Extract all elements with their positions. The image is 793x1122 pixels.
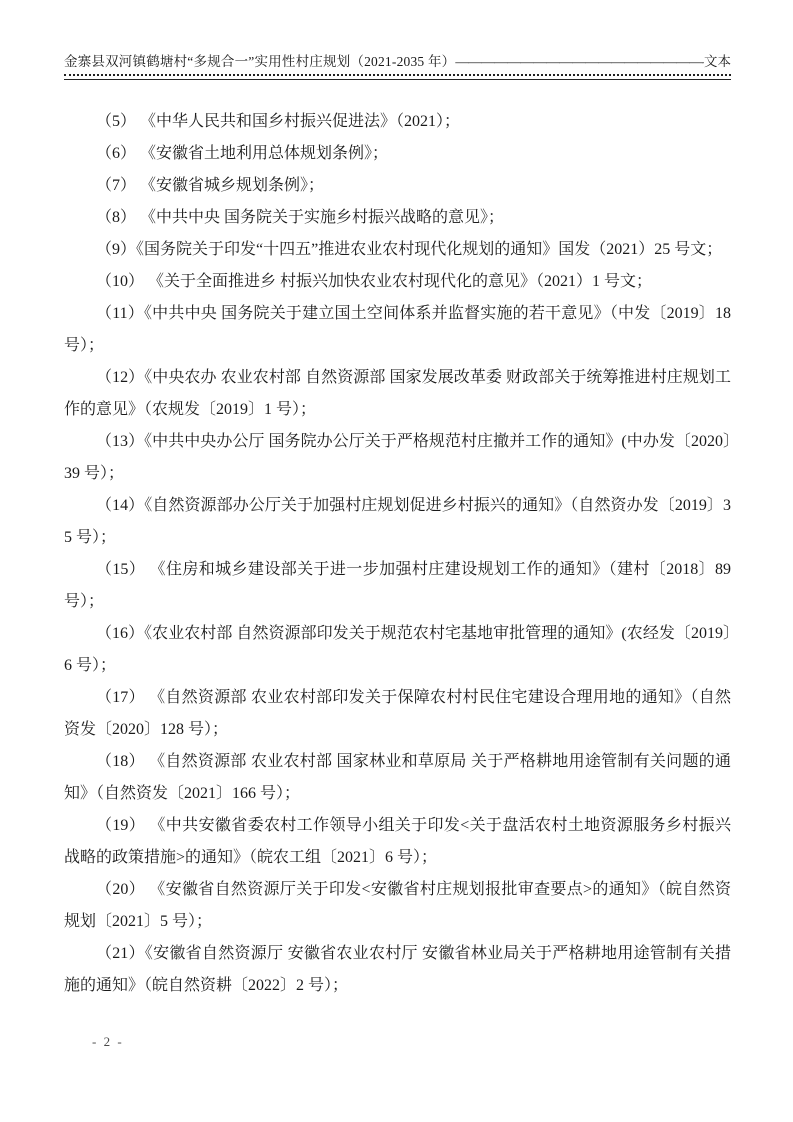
regulation-item: （10） 《关于全面推进乡 村振兴加快农业农村现代化的意见》（2021）1 号文…: [64, 266, 731, 298]
regulation-item: （11）《中共中央 国务院关于建立国土空间体系并监督实施的若干意见》（中发〔20…: [64, 298, 731, 362]
regulation-list: （5） 《中华人民共和国乡村振兴促进法》（2021）；（6） 《安徽省土地利用总…: [64, 106, 731, 1002]
regulation-item: （14）《自然资源部办公厅关于加强村庄规划促进乡村振兴的通知》（自然资办发〔20…: [64, 490, 731, 554]
page-number: - 2 -: [92, 1034, 124, 1049]
page-footer: - 2 -: [92, 1034, 124, 1050]
regulation-item: （12）《中央农办 农业农村部 自然资源部 国家发展改革委 财政部关于统筹推进村…: [64, 362, 731, 426]
regulation-item: （5） 《中华人民共和国乡村振兴促进法》（2021）；: [64, 106, 731, 138]
regulation-item: （19） 《中共安徽省委农村工作领导小组关于印发<关于盘活农村土地资源服务乡村振…: [64, 810, 731, 874]
page-header: 金寨县双河镇鹤塘村“多规合一”实用性村庄规划（2021-2035 年） ————…: [64, 53, 731, 80]
regulation-item: （6） 《安徽省土地利用总体规划条例》；: [64, 138, 731, 170]
regulation-item: （8） 《中共中央 国务院关于实施乡村振兴战略的意见》；: [64, 202, 731, 234]
regulation-item: （13）《中共中央办公厅 国务院办公厅关于严格规范村庄撤并工作的通知》(中办发〔…: [64, 426, 731, 490]
document-page: 金寨县双河镇鹤塘村“多规合一”实用性村庄规划（2021-2035 年） ————…: [0, 0, 793, 1122]
regulation-item: （16）《农业农村部 自然资源部印发关于规范农村宅基地审批管理的通知》(农经发〔…: [64, 618, 731, 682]
regulation-item: （17） 《自然资源部 农业农村部印发关于保障农村村民住宅建设合理用地的通知》（…: [64, 682, 731, 746]
header-doc-type: 文本: [704, 53, 731, 71]
regulation-item: （15） 《住房和城乡建设部关于进一步加强村庄建设规划工作的通知》（建村〔201…: [64, 554, 731, 618]
regulation-item: （9）《国务院关于印发“十四五”推进农业农村现代化规划的通知》国发（2021）2…: [64, 234, 731, 266]
document-body: （5） 《中华人民共和国乡村振兴促进法》（2021）；（6） 《安徽省土地利用总…: [64, 106, 731, 1002]
header-rule: [64, 74, 731, 80]
regulation-item: （20） 《安徽省自然资源厅关于印发<安徽省村庄规划报批审查要点>的通知》（皖自…: [64, 874, 731, 938]
header-dash-fill: ————————————————————————————: [455, 53, 704, 71]
regulation-item: （18） 《自然资源部 农业农村部 国家林业和草原局 关于严格耕地用途管制有关问…: [64, 746, 731, 810]
regulation-item: （7） 《安徽省城乡规划条例》；: [64, 170, 731, 202]
header-text: 金寨县双河镇鹤塘村“多规合一”实用性村庄规划（2021-2035 年） ————…: [64, 53, 731, 71]
regulation-item: （21）《安徽省自然资源厅 安徽省农业农村厅 安徽省林业局关于严格耕地用途管制有…: [64, 938, 731, 1002]
header-title: 金寨县双河镇鹤塘村“多规合一”实用性村庄规划（2021-2035 年）: [64, 53, 455, 71]
